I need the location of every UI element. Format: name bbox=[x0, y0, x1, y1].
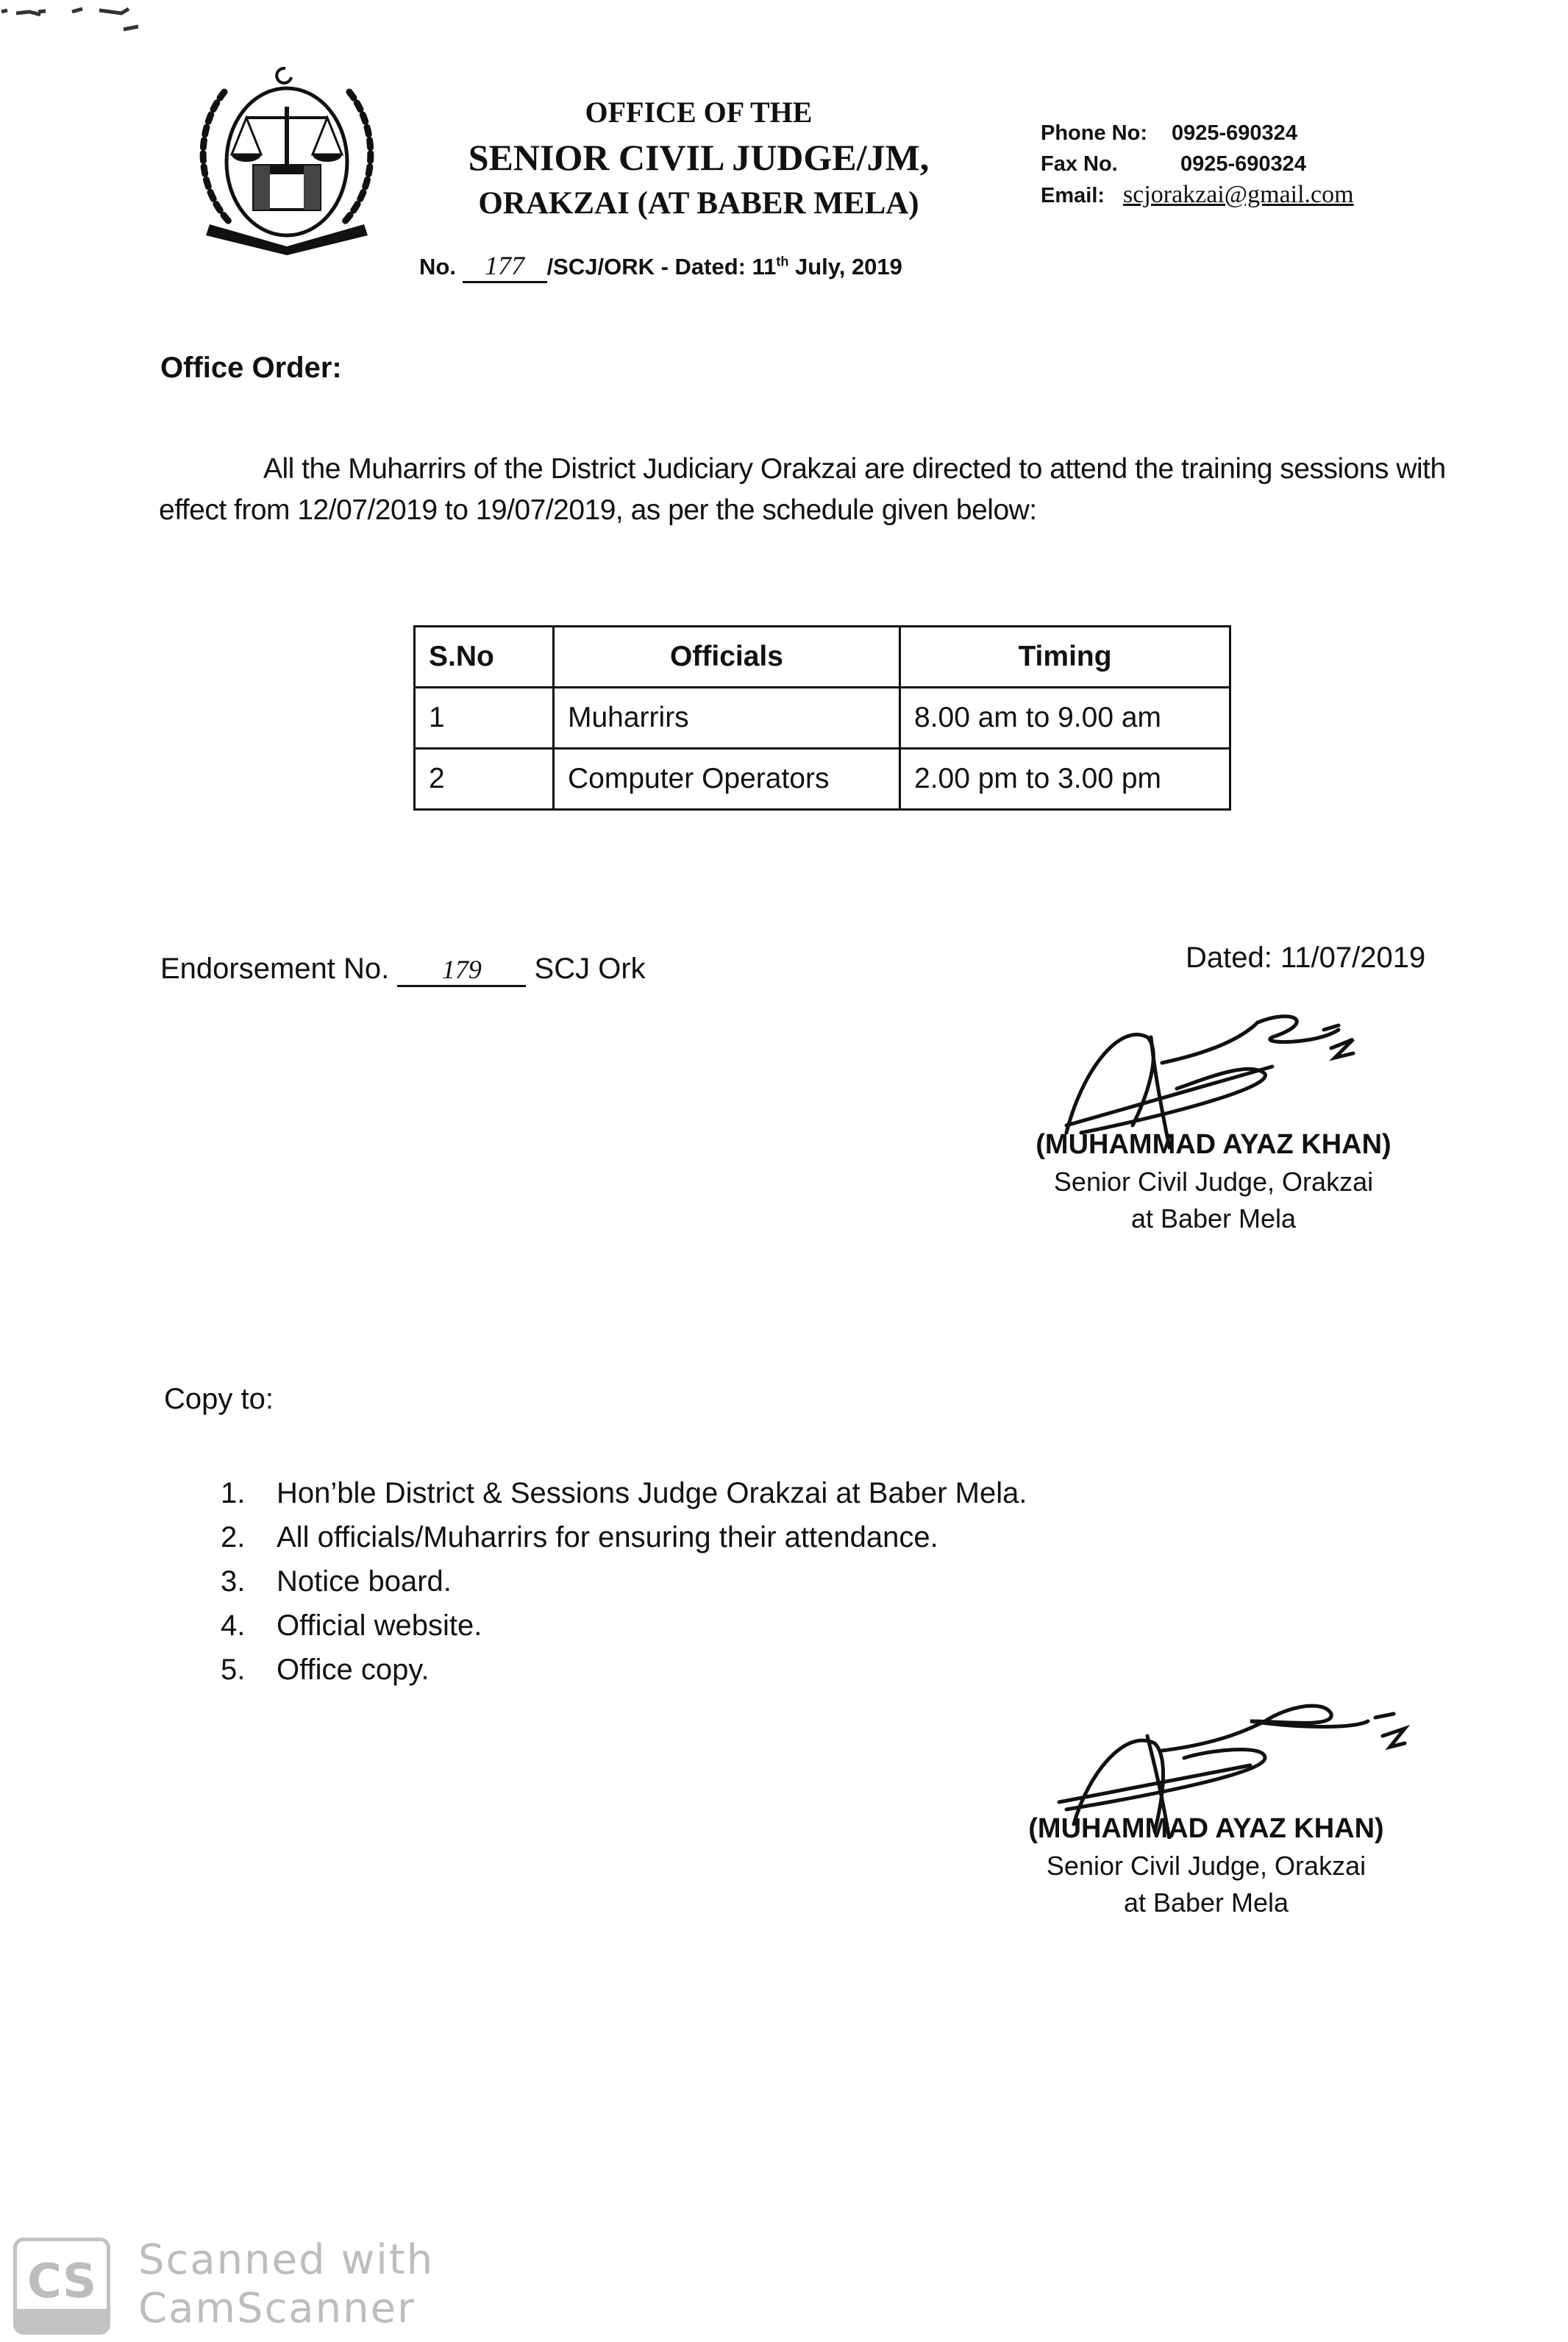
list-item-number: 4. bbox=[221, 1604, 277, 1648]
email-row: Email:scjorakzai@gmail.com bbox=[1041, 179, 1354, 211]
endorsement-suffix: SCJ Ork bbox=[535, 953, 646, 985]
camscanner-logo-icon: CS bbox=[13, 2238, 110, 2335]
email-label: Email: bbox=[1041, 180, 1123, 211]
endorsement-label: Endorsement No. bbox=[160, 953, 389, 985]
phone-label: Phone No: bbox=[1041, 118, 1172, 149]
office-title-line3: ORAKZAI (AT BABER MELA) bbox=[412, 182, 986, 226]
list-item-number: 1. bbox=[221, 1471, 277, 1515]
table-cell-sno: 2 bbox=[415, 749, 554, 810]
list-item: 1.Hon’ble District & Sessions Judge Orak… bbox=[221, 1471, 1027, 1515]
reference-line: No. 177/SCJ/ORK - Dated: 11th July, 2019 bbox=[419, 250, 902, 283]
table-cell-timing: 8.00 am to 9.00 am bbox=[900, 688, 1230, 749]
list-item: 4.Official website. bbox=[221, 1604, 1027, 1648]
table-header-timing: Timing bbox=[900, 627, 1230, 688]
email-link[interactable]: scjorakzai@gmail.com bbox=[1123, 181, 1354, 208]
signatory-designation: Senior Civil Judge, Orakzai bbox=[978, 1848, 1434, 1884]
camscanner-logo-letters: CS bbox=[17, 2254, 107, 2309]
phone-value: 0925-690324 bbox=[1172, 121, 1297, 145]
signatory-designation: Senior Civil Judge, Orakzai bbox=[986, 1164, 1442, 1200]
list-item-text: Notice board. bbox=[277, 1559, 452, 1604]
table-header-officials: Officials bbox=[554, 627, 900, 688]
signatory-block: (MUHAMMAD AYAZ KHAN) Senior Civil Judge,… bbox=[986, 1125, 1442, 1237]
contact-block: Phone No:0925-690324 Fax No.0925-690324 … bbox=[1041, 118, 1354, 211]
table-cell-official: Muharrirs bbox=[554, 688, 900, 749]
table-header-sno: S.No bbox=[415, 627, 554, 688]
signatory-name: (MUHAMMAD AYAZ KHAN) bbox=[986, 1125, 1442, 1164]
copy-to-list: 1.Hon’ble District & Sessions Judge Orak… bbox=[221, 1471, 1027, 1692]
list-item-number: 2. bbox=[221, 1515, 277, 1559]
list-item-number: 3. bbox=[221, 1559, 277, 1604]
reference-date-sup: th bbox=[776, 255, 788, 269]
office-title-line2: SENIOR CIVIL JUDGE/JM, bbox=[412, 133, 986, 182]
reference-suffix: /SCJ/ORK - Dated: 11 bbox=[547, 254, 777, 280]
endorsement-line: Endorsement No. 179 SCJ Ork bbox=[160, 953, 646, 987]
table-row: 2 Computer Operators 2.00 pm to 3.00 pm bbox=[415, 749, 1230, 810]
list-item-number: 5. bbox=[221, 1648, 277, 1692]
camscanner-watermark-text: Scanned with CamScanner bbox=[138, 2236, 434, 2333]
office-title-line1: OFFICE OF THE bbox=[412, 92, 986, 133]
judiciary-scales-emblem-icon bbox=[180, 63, 393, 257]
table-cell-timing: 2.00 pm to 3.00 pm bbox=[900, 749, 1230, 810]
fax-label: Fax No. bbox=[1041, 149, 1180, 179]
signatory-name: (MUHAMMAD AYAZ KHAN) bbox=[978, 1809, 1434, 1848]
copy-to-heading: Copy to: bbox=[164, 1383, 274, 1416]
scan-artifact-marks bbox=[0, 0, 184, 51]
signatory-location: at Baber Mela bbox=[986, 1200, 1442, 1237]
reference-date-rest: July, 2019 bbox=[788, 254, 902, 280]
office-title-block: OFFICE OF THE SENIOR CIVIL JUDGE/JM, ORA… bbox=[412, 92, 986, 226]
office-order-heading: Office Order: bbox=[160, 352, 342, 385]
table-header-row: S.No Officials Timing bbox=[415, 627, 1230, 688]
reference-prefix: No. bbox=[419, 254, 456, 280]
fax-row: Fax No.0925-690324 bbox=[1041, 149, 1354, 179]
list-item-text: Hon’ble District & Sessions Judge Orakza… bbox=[277, 1471, 1027, 1515]
watermark-line2: CamScanner bbox=[138, 2285, 434, 2333]
list-item-text: Official website. bbox=[277, 1604, 482, 1648]
table-cell-sno: 1 bbox=[415, 688, 554, 749]
list-item-text: All officials/Muharrirs for ensuring the… bbox=[277, 1515, 938, 1559]
watermark-line1: Scanned with bbox=[138, 2236, 434, 2285]
endorsement-number-handwritten: 179 bbox=[397, 954, 526, 987]
endorsement-date: Dated: 11/07/2019 bbox=[1186, 942, 1425, 975]
order-paragraph: All the Muharrirs of the District Judici… bbox=[262, 449, 1453, 531]
schedule-table: S.No Officials Timing 1 Muharrirs 8.00 a… bbox=[413, 625, 1231, 811]
table-row: 1 Muharrirs 8.00 am to 9.00 am bbox=[415, 688, 1230, 749]
phone-row: Phone No:0925-690324 bbox=[1041, 118, 1354, 149]
list-item: 2.All officials/Muharrirs for ensuring t… bbox=[221, 1515, 1027, 1559]
list-item-text: Office copy. bbox=[277, 1648, 430, 1692]
signatory-block: (MUHAMMAD AYAZ KHAN) Senior Civil Judge,… bbox=[978, 1809, 1434, 1921]
signatory-location: at Baber Mela bbox=[978, 1884, 1434, 1921]
list-item: 3.Notice board. bbox=[221, 1559, 1027, 1604]
order-paragraph-text: All the Muharrirs of the District Judici… bbox=[159, 449, 1453, 531]
table-cell-official: Computer Operators bbox=[554, 749, 900, 810]
fax-value: 0925-690324 bbox=[1180, 152, 1306, 176]
camscanner-logo-bar bbox=[17, 2309, 107, 2331]
reference-number-handwritten: 177 bbox=[463, 250, 547, 283]
list-item: 5.Office copy. bbox=[221, 1648, 1027, 1692]
